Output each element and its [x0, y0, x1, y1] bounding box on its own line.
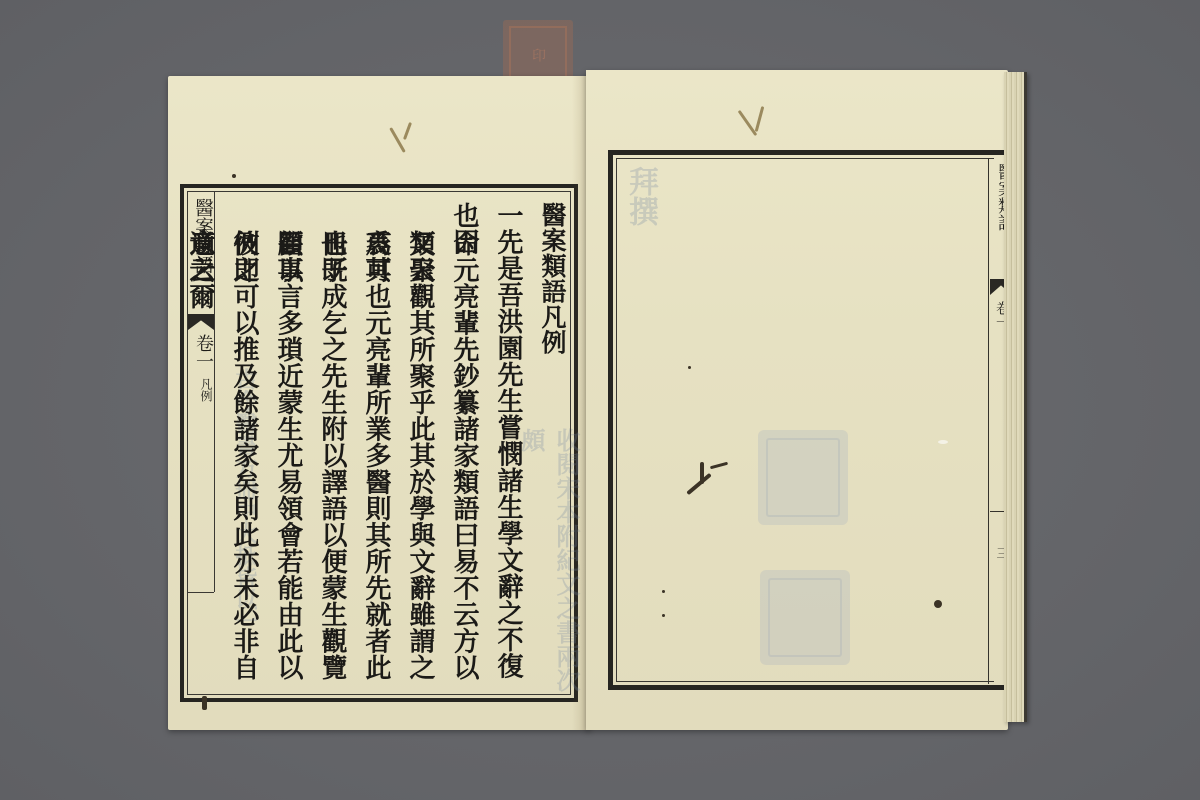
frame-inner-line	[988, 158, 989, 684]
worm-track	[755, 106, 765, 132]
ink-spot	[662, 590, 665, 593]
ink-spot	[688, 366, 691, 369]
worm-track	[389, 127, 406, 153]
main-text-block: 醫案類語凡例 一先是吾洪園先生嘗憫諸生學文辭之不復也因 命元亮輩先鈔纂諸家類語曰…	[218, 194, 574, 694]
margin-book-title: 醫案類語	[190, 198, 217, 274]
worm-track	[403, 122, 412, 140]
worm-track	[738, 110, 758, 136]
text-column: 袠可也元亮輩所業多醫則其所先就者此冊子	[354, 194, 398, 694]
text-column: 醫事言多瑣近蒙生尤易領會若能由此以例之	[266, 194, 310, 694]
paper-hole	[938, 440, 948, 444]
text-column: 一先是吾洪園先生嘗憫諸生學文辭之不復也因	[486, 194, 530, 694]
left-printed-frame: 醫案類語 卷一 凡例 收閱宋本附紀文之書兩次頗 古今醫書方冊中大抵皆以一 醫案類…	[180, 184, 578, 702]
show-through-seal	[758, 430, 848, 525]
worm-track	[700, 462, 704, 484]
text-column: 也既成乞之先生附以譯語以便蒙生觀覽顧以	[310, 194, 354, 694]
page-margin-column: 醫案類語 卷一 凡例	[188, 192, 215, 592]
margin-volume: 卷一	[190, 334, 216, 370]
text-column: 命元亮輩先鈔纂諸家類語曰易不云方以類聚	[442, 194, 486, 694]
text-column: 又云觀其所聚乎此其於學與文辭雖謂之爲其	[398, 194, 442, 694]
page-edges	[1004, 72, 1027, 722]
worm-hole	[202, 696, 207, 710]
margin-divider	[188, 592, 214, 593]
show-through-text: 拜撰	[618, 166, 662, 226]
text-column: 彼即可以推及餘諸家矣則此亦未必非自適之	[222, 194, 266, 694]
margin-section: 凡例	[198, 378, 215, 402]
left-page: 醫案類語 卷一 凡例 收閱宋本附紀文之書兩次頗 古今醫書方冊中大抵皆以一 醫案類…	[168, 76, 590, 730]
section-title: 醫案類語凡例	[530, 194, 574, 694]
open-book: 醫案類語 卷一 凡例 收閱宋本附紀文之書兩次頗 古今醫書方冊中大抵皆以一 醫案類…	[168, 70, 1026, 732]
show-through-seal	[760, 570, 850, 665]
fishtail-mark	[188, 314, 214, 330]
worm-hole	[934, 600, 942, 608]
ink-spot	[232, 174, 236, 178]
ink-spot	[662, 614, 665, 617]
show-through-text: 古今醫書方冊中大抵皆以一	[230, 368, 261, 632]
right-page: 拜撰 醫案類語 卷一 三	[586, 70, 1008, 730]
